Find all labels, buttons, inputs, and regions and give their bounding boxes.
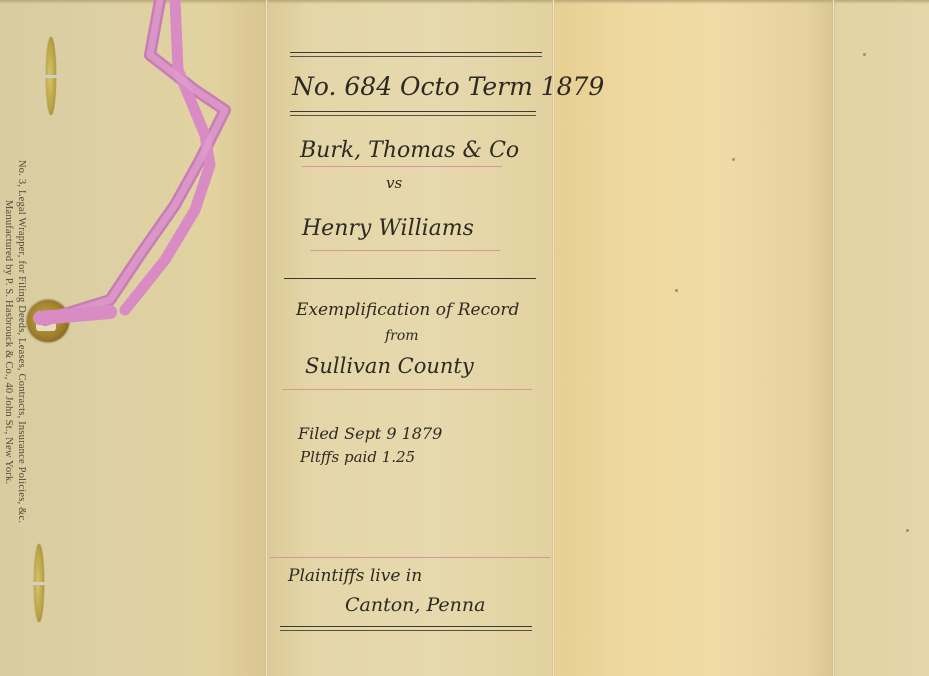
paper-speck <box>732 158 735 161</box>
filed-date: Filed Sept 9 1879 <box>298 424 442 443</box>
brass-fastener-slot-icon <box>34 544 44 622</box>
pink-underline <box>302 166 502 167</box>
paper-speck <box>863 53 866 56</box>
double-rule <box>280 626 532 627</box>
imprint-line-2: Manufactured by P. S. Hasbrouck & Co., 4… <box>3 160 14 484</box>
section-rule <box>284 278 536 279</box>
wrapper-right-panel <box>835 0 929 676</box>
double-rule <box>290 52 542 53</box>
pink-underline <box>310 250 500 251</box>
printed-imprint: No. 3, Legal Wrapper, for Filing Deeds, … <box>2 160 28 520</box>
imprint-line-1: No. 3, Legal Wrapper, for Filing Deeds, … <box>16 160 27 523</box>
description-line-1: Exemplification of Record <box>296 300 519 320</box>
plaintiff-name: Burk, Thomas & Co <box>300 138 519 163</box>
note-line-2: Canton, Penna <box>345 594 485 616</box>
top-edge-shadow <box>0 0 929 4</box>
wrapper-middle-panel <box>552 0 835 676</box>
fold-line <box>552 0 555 676</box>
description-line-2: from <box>385 328 419 344</box>
paper-speck <box>906 529 909 532</box>
pink-rule <box>270 557 550 558</box>
defendant-name: Henry Williams <box>302 216 474 241</box>
case-number: No. 684 Octo Term 1879 <box>292 72 604 101</box>
double-rule <box>290 111 536 112</box>
versus-label: vs <box>386 174 402 192</box>
description-line-3: Sullivan County <box>305 354 474 378</box>
fee-note: Pltffs paid 1.25 <box>300 448 415 466</box>
pink-rule <box>282 389 532 390</box>
fold-line <box>832 0 835 676</box>
eyelet-hole <box>36 311 56 331</box>
fold-line <box>265 0 268 676</box>
paper-speck <box>675 289 678 292</box>
document-scan: No. 3, Legal Wrapper, for Filing Deeds, … <box>0 0 929 676</box>
brass-eyelet-icon <box>27 300 69 342</box>
note-line-1: Plaintiffs live in <box>288 566 422 586</box>
brass-fastener-slot-icon <box>46 37 56 115</box>
